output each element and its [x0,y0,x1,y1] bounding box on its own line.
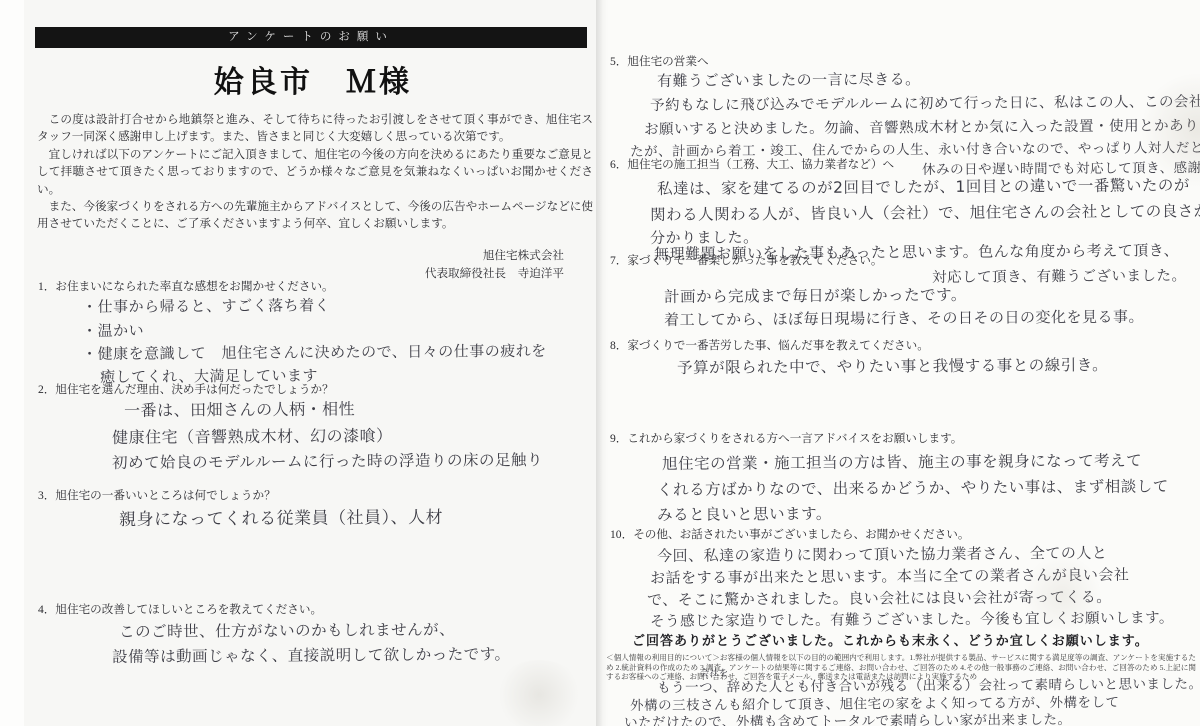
question-3-label: 3．旭住宅の一番いいところは何でしょうか？ [38,487,276,503]
intro-paragraph-1: この度は設計打合せから地鎮祭と進み、そして待ちに待ったお引渡しをさせて頂く事がで… [37,111,593,146]
question-3-answer-line-1: 親身になってくれる従業員（社員）、人材 [119,503,443,530]
intro-text: この度は設計打合せから地鎮祭と進み、そして待ちに待ったお引渡しをさせて頂く事がで… [37,111,593,233]
page-fold-crease [596,0,608,726]
question-9-answer-line-2: くれる方ばかりなので、出来るかどうか、やりたい事は、まず相談して [657,474,1169,500]
closing-note: ご回答ありがとうございました。これからも末永く、どうか宜しくお願いします。 [632,630,1149,649]
question-2-answer-line-3: 初めて姶良のモデルルームに行った時の浮造りの床の足触り [112,448,543,473]
question-10-answer-line-2: お話をする事が出来たと思います。本当に全ての業者さんが良い会社 [650,564,1129,588]
postscript-line-3: いただけたので、外構も含めてトータルで素晴らしい家が出来ました。 [624,708,1072,726]
banner-title: アンケートのお願い [35,27,587,48]
question-1-answer-line-2: ・温かい [82,320,144,341]
question-9-answer-line-1: 旭住宅の営業・施工担当の方は皆、施主の事を親身になって考えて [662,449,1142,474]
question-6-answer-line-5: 対応して頂き、有難うございました。 [932,264,1187,287]
survey-page-right: 5．旭住宅の営業へ 有難うございましたの一言に尽きる。 予約もなしに飛び込みでモ… [602,0,1200,726]
question-4-label: 4．旭住宅の改善してほしいところを教えてください。 [38,601,322,617]
question-1-answer-line-3: ・健康を意識して 旭住宅さんに決めたので、日々の仕事の疲れを [82,340,547,364]
intro-paragraph-3: また、今後家づくりをされる方への先輩施主からアドバイスとして、今後の広告やホーム… [37,198,593,233]
question-5-answer-line-2: 予約もなしに飛び込みでモデルルームに初めて行った日に、私はこの人、この会社に [650,90,1200,115]
question-4-answer-line-1: このご時世、仕方がないのかもしれませんが、 [119,618,455,642]
question-2-label: 2．旭住宅を選んだ理由、決め手は何だったでしょうか？ [38,381,334,397]
question-1-label: 1．お住まいになられた率直な感想をお聞かせください。 [38,278,334,294]
question-7-label: 7．家づくりで一番楽しかった事を教えてください。 [610,252,882,268]
question-10-label: 10．その他、お話されたい事がございましたら、お聞かせください。 [610,526,969,542]
question-6-answer-line-1: 私達は、家を建てるのが2回目でしたが、1回目との違いで一番驚いたのが [657,173,1190,199]
page-title: 姶良市 Ｍ様 [24,57,602,101]
question-10-answer-line-1: 今回、私達の家造りに関わって頂いた協力業者さん、全ての人と [657,542,1107,566]
question-9-label: 9．これから家づくりをされる方へ一言アドバイスをお願いします。 [610,430,962,446]
question-9-answer-line-3: みると良いと思います。 [657,502,832,525]
question-2-answer-line-1: 一番は、田畑さんの人柄・相性 [124,396,355,421]
question-5-label: 5．旭住宅の営業へ [610,53,709,69]
company-name: 旭住宅株式会社 [284,247,564,265]
question-5-answer-line-1: 有難うございましたの一言に尽きる。 [657,68,921,91]
question-1-answer-line-1: ・仕事から帰ると、すごく落ち着く [82,294,330,317]
intro-paragraph-2: 宜しければ以下のアンケートにご記入頂きまして、旭住宅の今後の方向を決めるにあたり… [37,146,593,198]
question-6-answer-line-2: 関わる人関わる人が、皆良い人（会社）で、旭住宅さんの会社としての良さが [650,199,1200,225]
paper-smudge [494,660,584,726]
question-4-answer-line-2: 設備等は動画じゃなく、直接説明して欲しかったです。 [112,642,511,667]
question-6-label: 6．旭住宅の施工担当（工務、大工、協力業者など）へ [610,156,894,172]
question-2-answer-line-2: 健康住宅（音響熟成木材、幻の漆喰） [112,423,393,448]
question-5-answer-line-3: お願いすると決めました。勿論、音響熟成木材とか気に入った設置・使用とかありまし [644,114,1200,139]
question-7-answer-line-1: 計画から完成まで毎日が楽しかったです。 [664,283,967,307]
question-8-label: 8．家づくりで一番苦労した事、悩んだ事を教えてください。 [610,337,929,353]
question-10-answer-line-4: そう感じた家造りでした。有難うございました。今後も宜しくお願いします。 [650,606,1174,631]
survey-page-left: アンケートのお願い 姶良市 Ｍ様 この度は設計打合せから地鎮祭と進み、そして待ち… [24,0,602,726]
question-7-answer-line-2: 着工してから、ほぼ毎日現場に行き、その日その日の変化を見る事。 [664,306,1144,330]
question-8-answer-line-1: 予算が限られた中で、やりたい事と我慢する事との線引き。 [677,353,1108,378]
